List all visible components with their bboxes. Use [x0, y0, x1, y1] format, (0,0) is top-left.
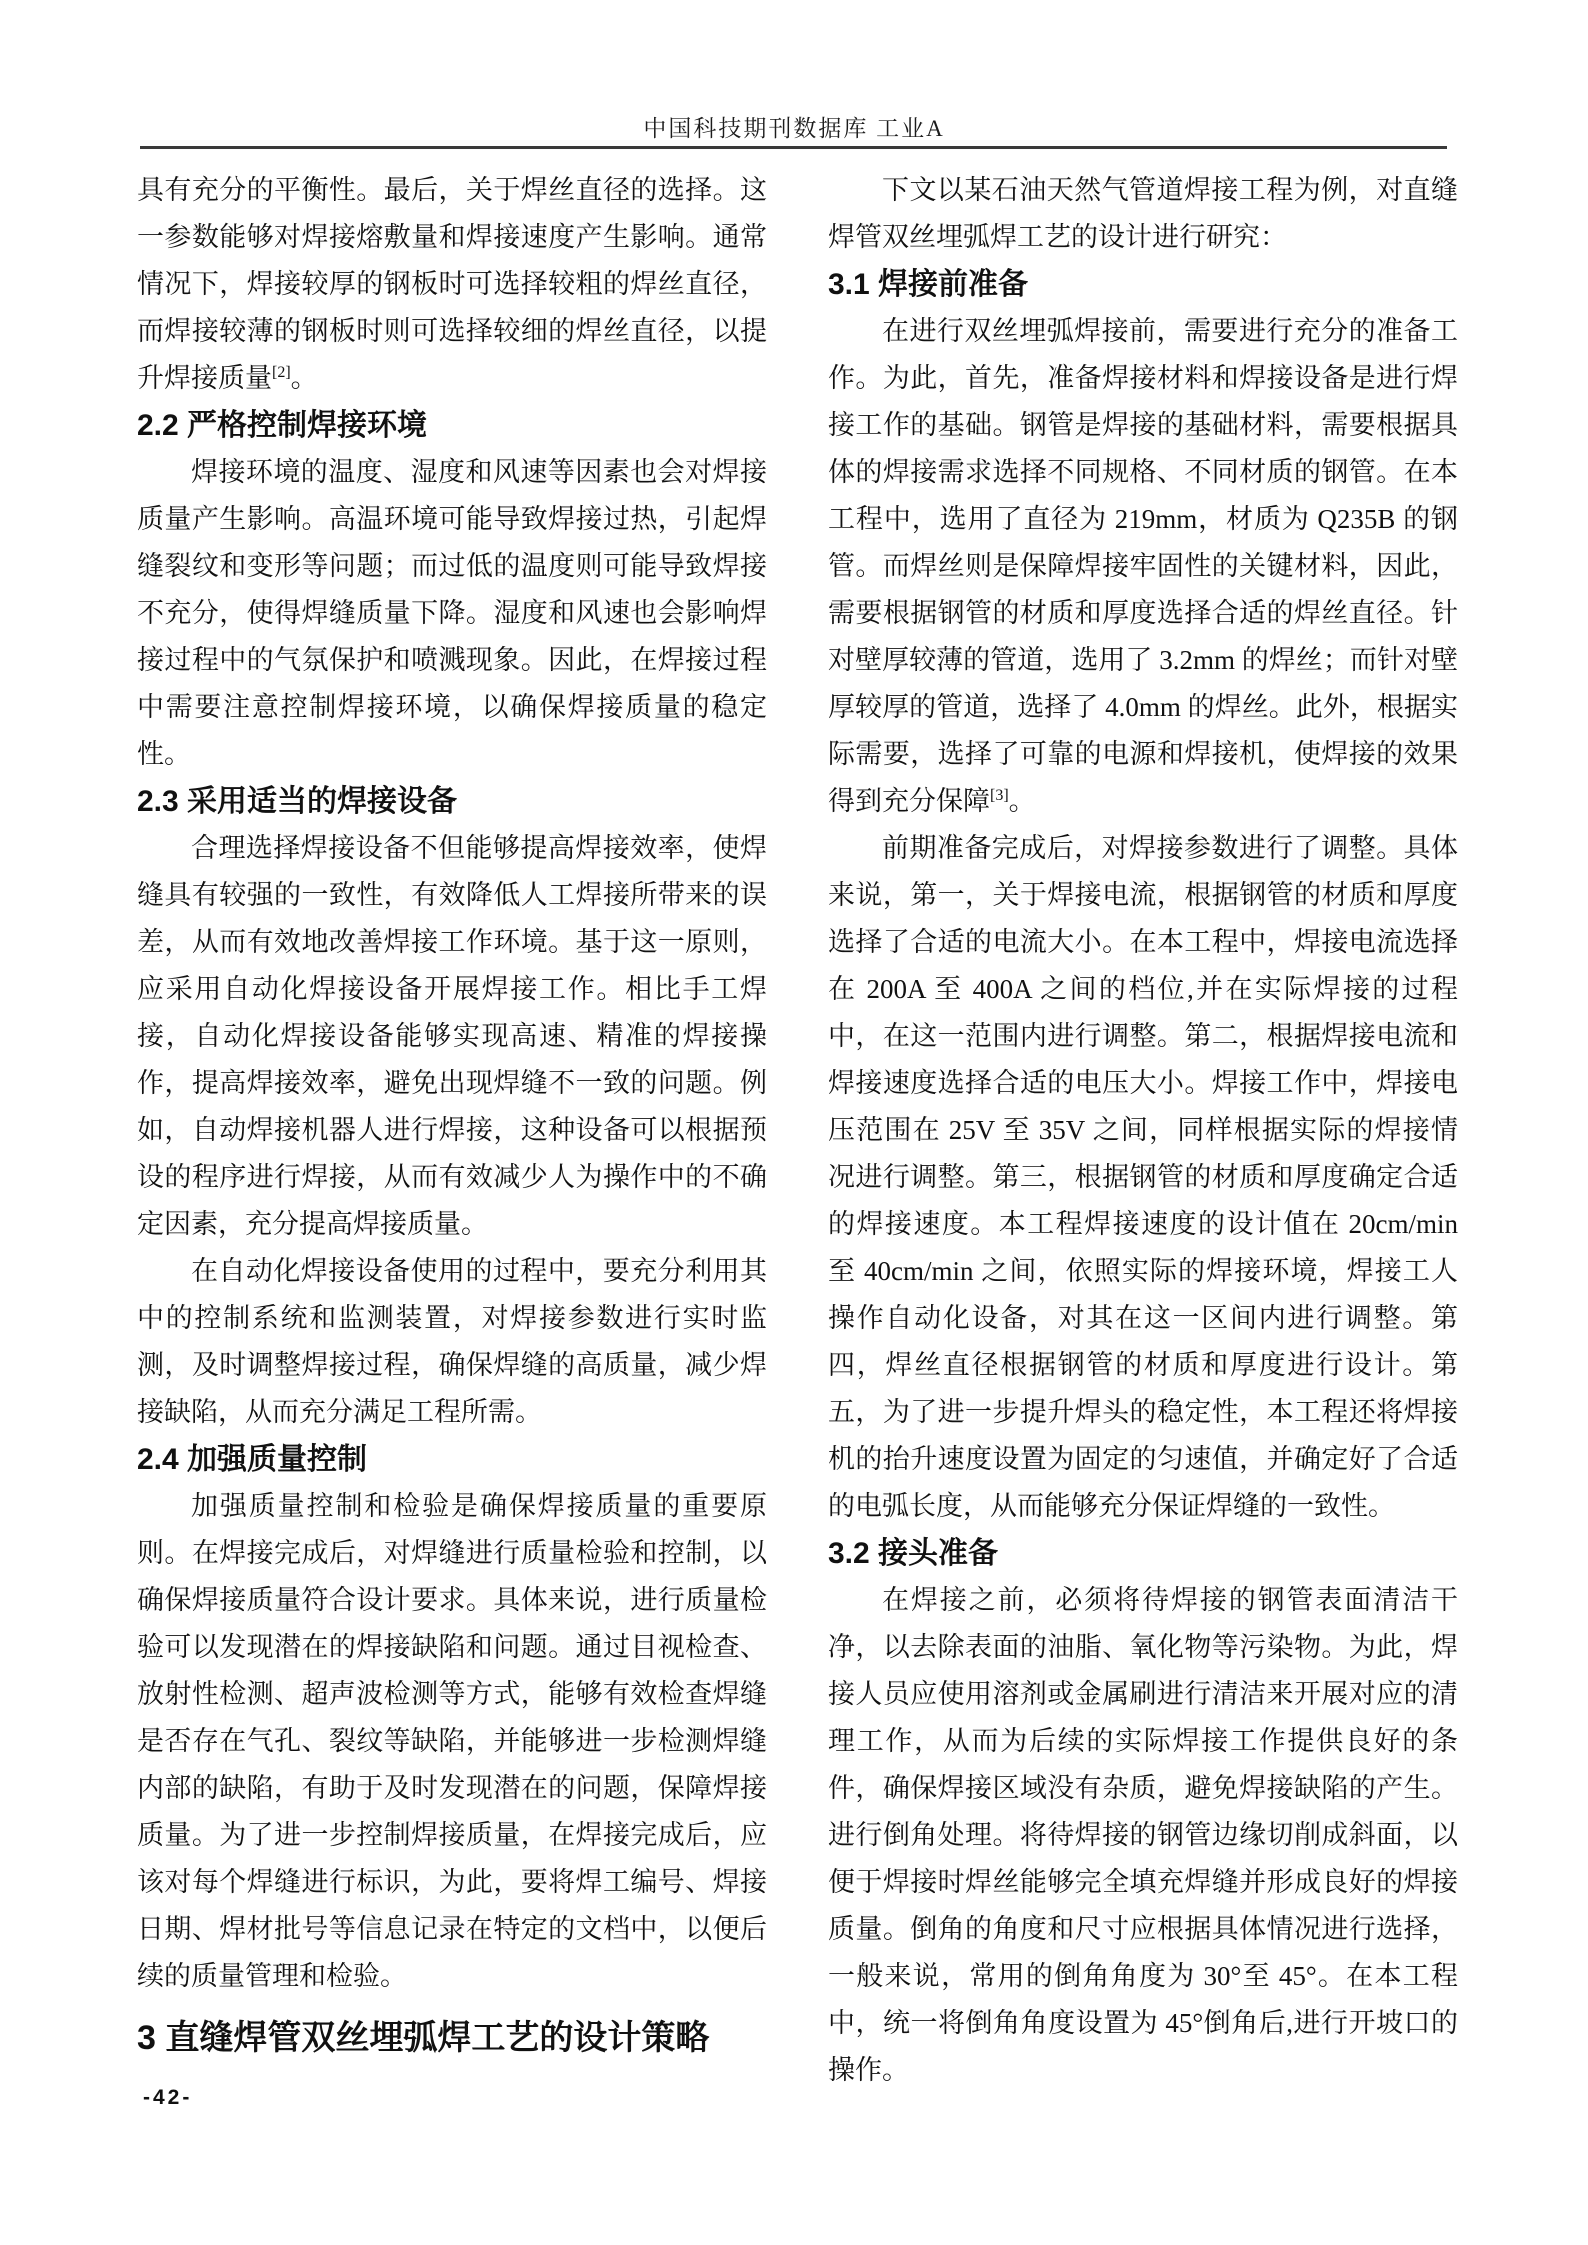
paragraph: 在自动化焊接设备使用的过程中，要充分利用其中的控制系统和监测装置，对焊接参数进行… [137, 1248, 767, 1436]
journal-page: 中国科技期刊数据库 工业A 具有充分的平衡性。最后，关于焊丝直径的选择。这一参数… [0, 0, 1588, 2245]
citation-ref-3: [3] [990, 787, 1009, 804]
paragraph-text: 在进行双丝埋弧焊接前，需要进行充分的准备工作。为此，首先，准备焊接材料和焊接设备… [828, 316, 1458, 816]
left-column: 具有充分的平衡性。最后，关于焊丝直径的选择。这一参数能够对焊接熔敷量和焊接速度产… [137, 167, 767, 2094]
section-heading-2-4: 2.4 加强质量控制 [137, 1436, 767, 1483]
paragraph-text: 。 [1009, 786, 1036, 816]
paragraph: 加强质量控制和检验是确保焊接质量的重要原则。在焊接完成后，对焊缝进行质量检验和控… [137, 1483, 767, 2000]
paragraph: 前期准备完成后，对焊接参数进行了调整。具体来说，第一，关于焊接电流，根据钢管的材… [828, 825, 1458, 1530]
paragraph: 下文以某石油天然气管道焊接工程为例，对直缝焊管双丝埋弧焊工艺的设计进行研究： [828, 167, 1458, 261]
paragraph: 具有充分的平衡性。最后，关于焊丝直径的选择。这一参数能够对焊接熔敷量和焊接速度产… [137, 167, 767, 402]
paragraph: 在焊接之前，必须将待焊接的钢管表面清洁干净，以去除表面的油脂、氧化物等污染物。为… [828, 1577, 1458, 2094]
paragraph-text: 具有充分的平衡性。最后，关于焊丝直径的选择。这一参数能够对焊接熔敷量和焊接速度产… [137, 175, 767, 393]
header-rule [140, 146, 1447, 149]
citation-ref-2: [2] [272, 364, 291, 381]
right-column: 下文以某石油天然气管道焊接工程为例，对直缝焊管双丝埋弧焊工艺的设计进行研究： 3… [828, 167, 1458, 2094]
paragraph: 焊接环境的温度、湿度和风速等因素也会对焊接质量产生影响。高温环境可能导致焊接过热… [137, 449, 767, 778]
article-body: 具有充分的平衡性。最后，关于焊丝直径的选择。这一参数能够对焊接熔敷量和焊接速度产… [137, 167, 1458, 2094]
section-heading-3-1: 3.1 焊接前准备 [828, 261, 1458, 308]
section-heading-2-3: 2.3 采用适当的焊接设备 [137, 778, 767, 825]
page-number: -42- [143, 2086, 192, 2110]
journal-header-title: 中国科技期刊数据库 工业A [0, 110, 1588, 143]
section-heading-2-2: 2.2 严格控制焊接环境 [137, 402, 767, 449]
paragraph: 在进行双丝埋弧焊接前，需要进行充分的准备工作。为此，首先，准备焊接材料和焊接设备… [828, 308, 1458, 825]
paragraph-text: 。 [291, 363, 318, 393]
paragraph: 合理选择焊接设备不但能够提高焊接效率，使焊缝具有较强的一致性，有效降低人工焊接所… [137, 825, 767, 1248]
section-heading-3-2: 3.2 接头准备 [828, 1530, 1458, 1577]
chapter-heading-3: 3 直缝焊管双丝埋弧焊工艺的设计策略 [137, 2010, 767, 2066]
